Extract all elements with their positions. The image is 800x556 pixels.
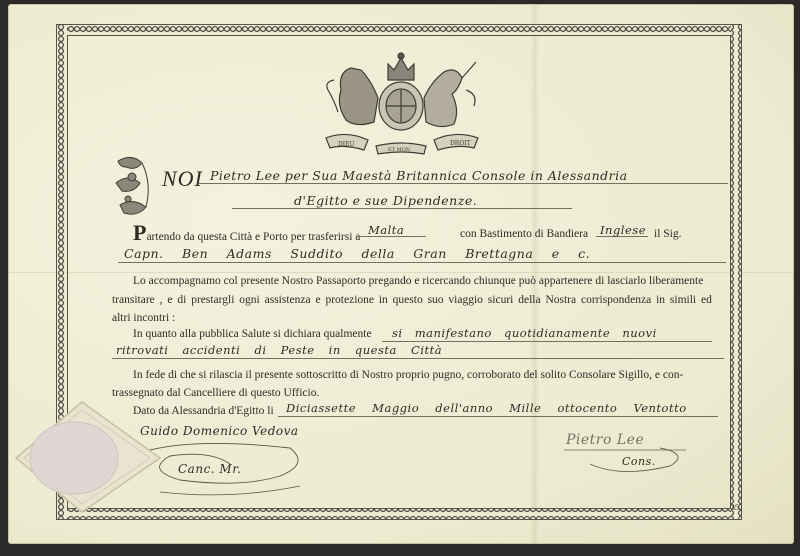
departure-line: Partendo da questa Città e Porto per tra… xyxy=(133,222,360,244)
request-paragraph-line-2: transitare , e di prestargli ogni assist… xyxy=(112,294,712,306)
attestation-line-1: In fede di che si rilascia il presente s… xyxy=(133,369,683,381)
sig-label: il Sig. xyxy=(654,228,681,240)
page-number: 35 xyxy=(731,503,739,512)
destination-value: Malta xyxy=(368,223,404,237)
handwritten-dependencies-line: d'Egitto e sue Dipendenze. xyxy=(294,193,477,208)
consul-title: Cons. xyxy=(622,455,656,468)
ship-flag-label: con Bastimento di Bandiera xyxy=(460,228,588,240)
chancellor-title: Canc. Mr. xyxy=(178,462,241,476)
date-field-line xyxy=(278,416,718,417)
bearer-field-line xyxy=(118,262,726,263)
health-value-line-1: si manifestano quotidianamente nuovi xyxy=(392,326,657,340)
attestation-line-2: trassegnato dal Cancelliere di questo Uf… xyxy=(112,387,319,399)
health-declaration-label: In quanto alla pubblica Salute si dichia… xyxy=(133,328,372,340)
handwritten-consul-line: Pietro Lee per Sua Maestà Britannica Con… xyxy=(210,168,628,183)
rule-line-1 xyxy=(198,183,728,184)
noi-heading: NOI xyxy=(162,166,203,192)
motto-center: ET MON xyxy=(388,147,411,153)
health-field-line-2 xyxy=(112,358,724,359)
fold-crease xyxy=(8,272,794,273)
date-value: Diciassette Maggio dell'anno Mille ottoc… xyxy=(286,401,687,415)
rule-line-2 xyxy=(232,208,572,209)
motto-right: DROIT xyxy=(450,140,471,147)
request-paragraph-line-1: Lo accompagnamo col presente Nostro Pass… xyxy=(133,275,703,287)
health-value-line-2: ritrovati accidenti di Peste in questa C… xyxy=(116,343,442,357)
bearer-value: Capn. Ben Adams Suddito della Gran Brett… xyxy=(124,246,590,261)
embossed-seal-icon xyxy=(12,400,162,515)
departure-text: artendo da questa Città e Porto per tras… xyxy=(146,231,360,243)
motto-left: DIEU xyxy=(338,141,355,148)
health-field-line-1 xyxy=(382,341,712,342)
flag-value: Inglese xyxy=(600,223,646,237)
request-paragraph-line-3: altri incontri : xyxy=(112,312,175,324)
royal-coat-of-arms-icon: DIEU DROIT ET MON xyxy=(316,50,486,158)
drop-cap-p: P xyxy=(133,220,146,245)
